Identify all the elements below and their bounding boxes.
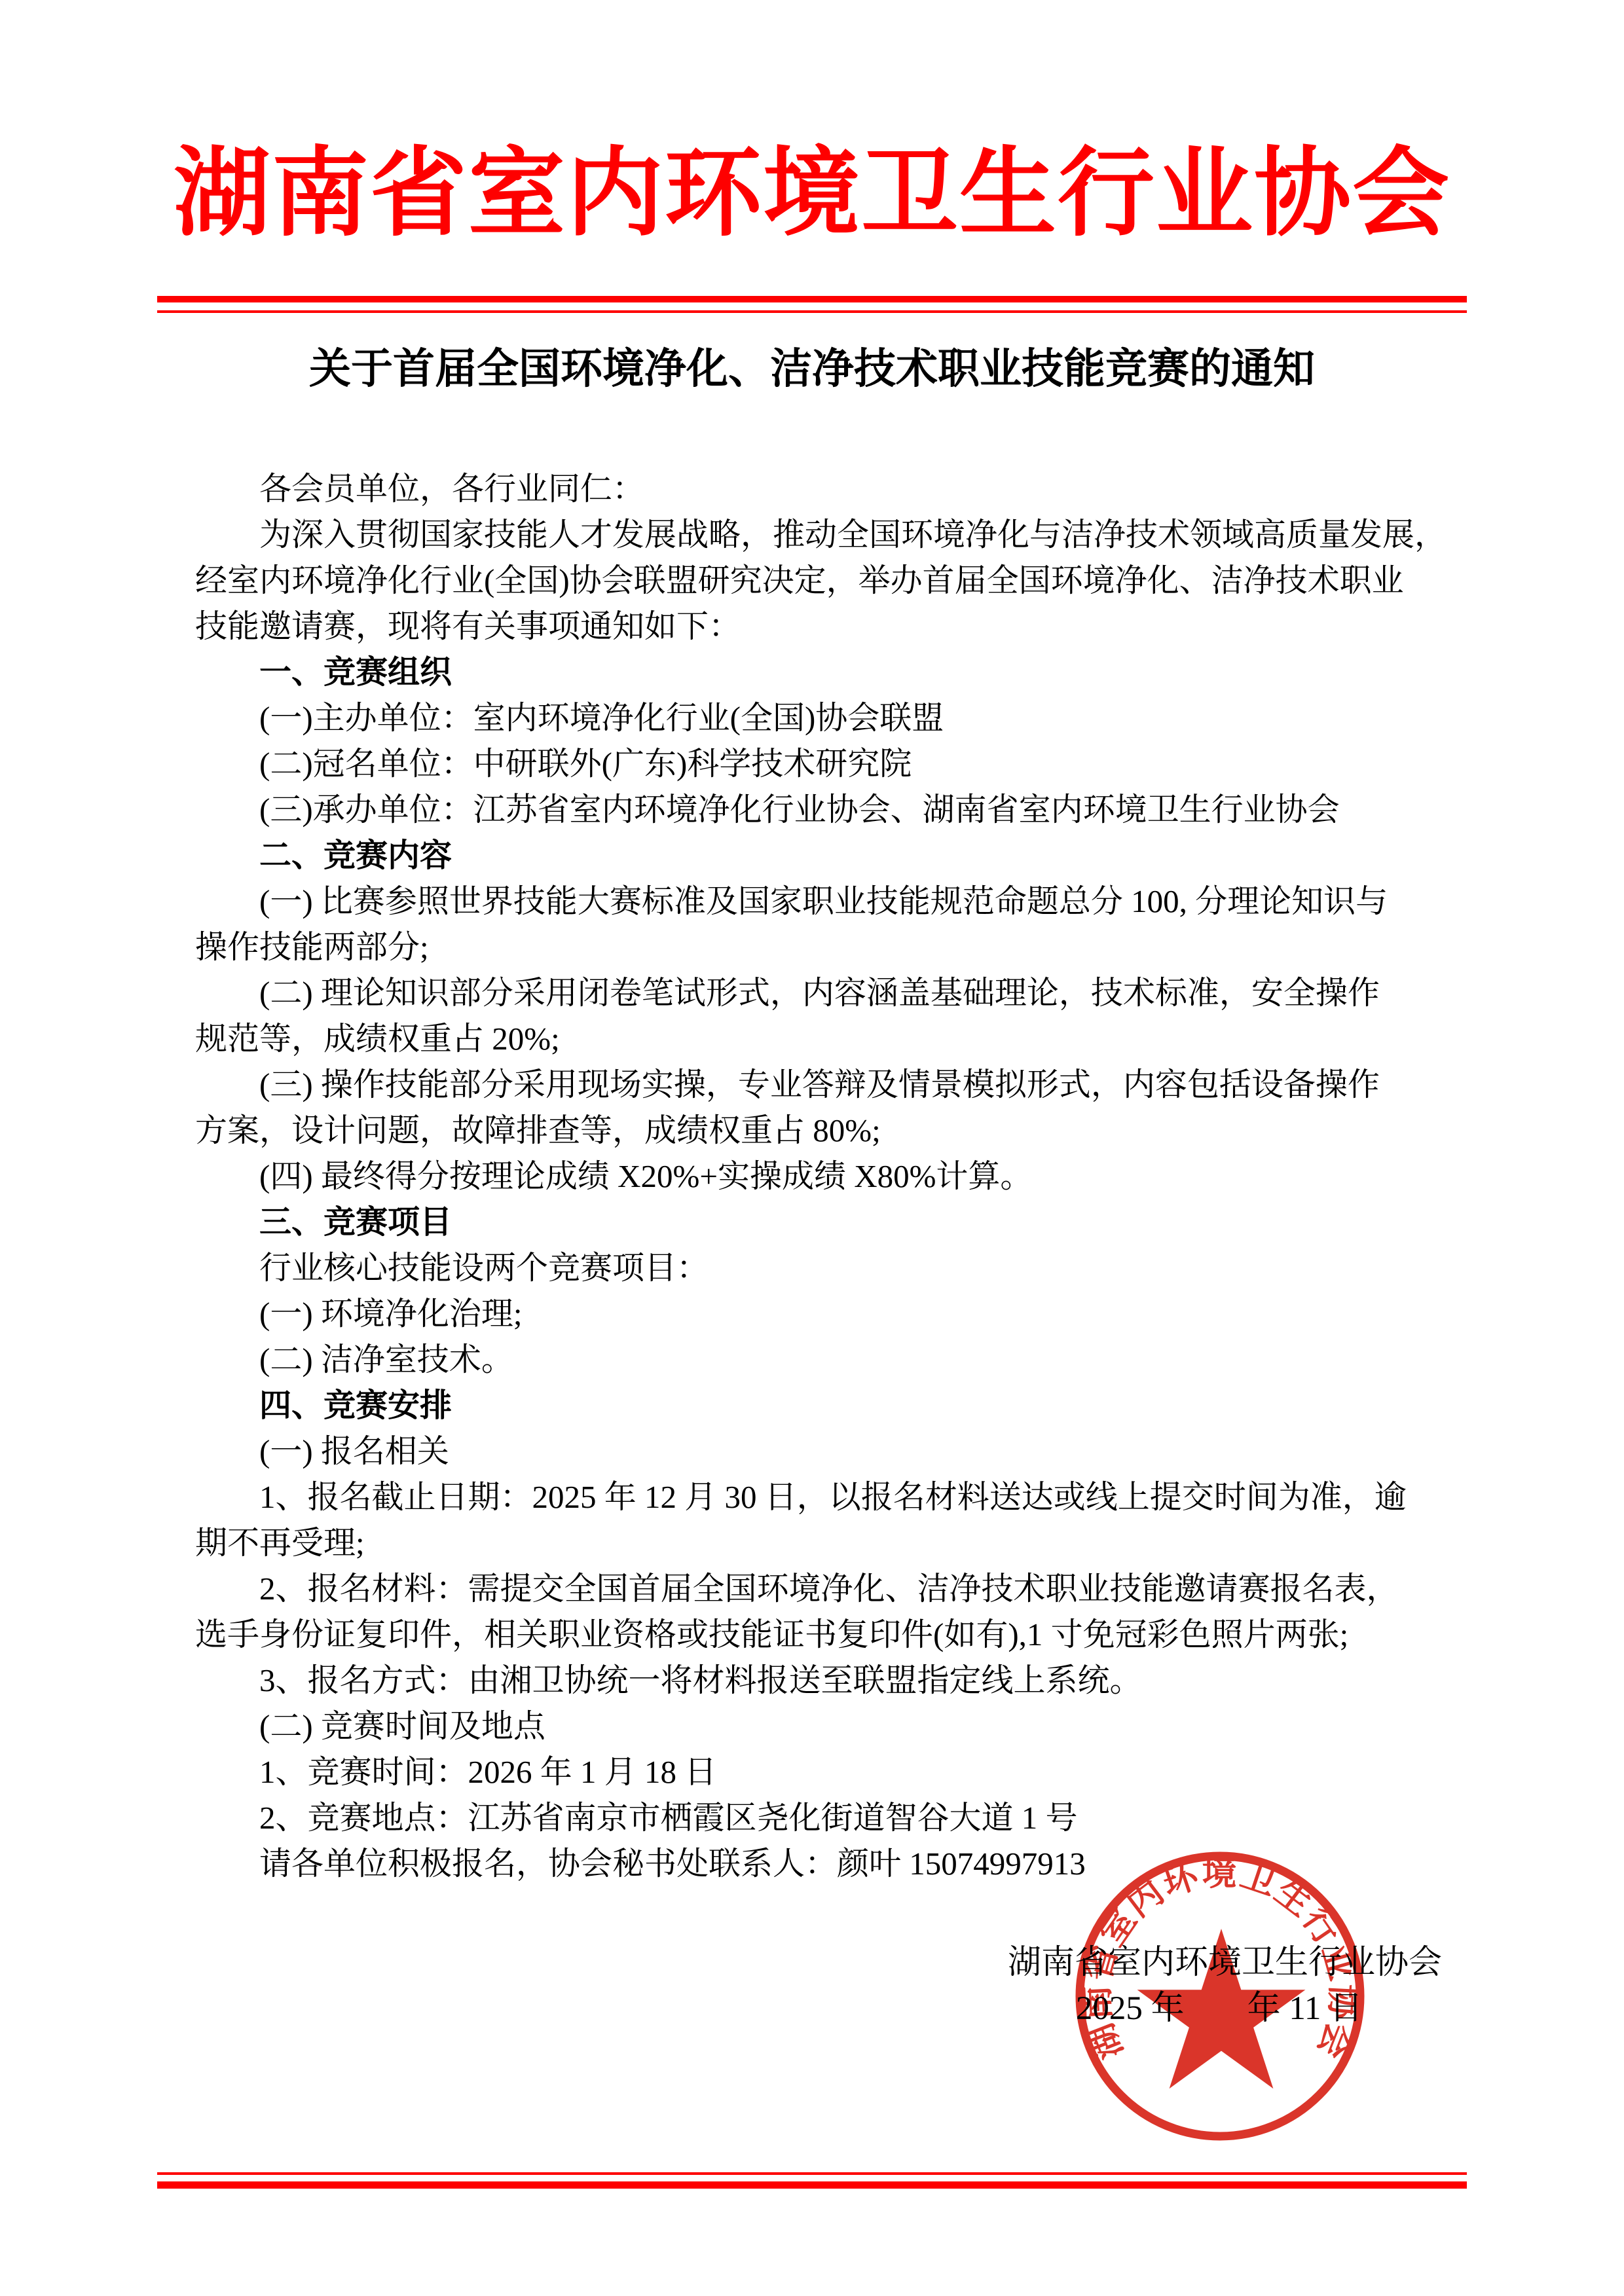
body-line: 操作技能两部分; xyxy=(195,924,1439,970)
body-line: (二)冠名单位：中研联外(广东)科学技术研究院 xyxy=(195,741,1439,787)
body-line: 规范等，成绩权重占 20%; xyxy=(195,1016,1439,1062)
body-line: (一) 环境净化治理; xyxy=(195,1291,1439,1337)
body-text: 各会员单位，各行业同仁：为深入贯彻国家技能人才发展战略，推动全国环境净化与洁净技… xyxy=(195,466,1439,1887)
header-rule-thin xyxy=(157,310,1467,313)
body-line: (二) 竞赛时间及地点 xyxy=(195,1704,1439,1749)
header-rule-thick xyxy=(157,296,1467,302)
body-line: (二) 理论知识部分采用闭卷笔试形式，内容涵盖基础理论，技术标准，安全操作 xyxy=(195,970,1439,1016)
body-line: 四、竞赛安排 xyxy=(195,1383,1439,1429)
body-line: 二、竞赛内容 xyxy=(195,833,1439,879)
body-line: (一)主办单位：室内环境净化行业(全国)协会联盟 xyxy=(195,695,1439,741)
body-line: 方案，设计问题，故障排查等，成绩权重占 80%; xyxy=(195,1108,1439,1154)
body-line: 3、报名方式：由湘卫协统一将材料报送至联盟指定线上系统。 xyxy=(195,1658,1439,1704)
body-line: 为深入贯彻国家技能人才发展战略，推动全国环境净化与洁净技术领域高质量发展， xyxy=(195,512,1439,558)
body-line: 2、报名材料：需提交全国首届全国环境净化、洁净技术职业技能邀请赛报名表， xyxy=(195,1566,1439,1612)
body-line: (三)承办单位：江苏省室内环境净化行业协会、湖南省室内环境卫生行业协会 xyxy=(195,787,1439,833)
footer-rule-thin xyxy=(157,2172,1467,2175)
body-line: 三、竞赛项目 xyxy=(195,1199,1439,1245)
body-line: 一、竞赛组织 xyxy=(195,649,1439,695)
body-line: 选手身份证复印件，相关职业资格或技能证书复印件(如有),1 寸免冠彩色照片两张; xyxy=(195,1612,1439,1658)
document-page: 湖南省室内环境卫生行业协会 关于首届全国环境净化、洁净技术职业技能竞赛的通知 各… xyxy=(0,0,1624,2296)
letterhead-org-name: 湖南省室内环境卫生行业协会 xyxy=(0,139,1624,250)
document-title: 关于首届全国环境净化、洁净技术职业技能竞赛的通知 xyxy=(0,346,1624,393)
body-line: 1、竞赛时间：2026 年 1 月 18 日 xyxy=(195,1749,1439,1795)
body-line: 各会员单位，各行业同仁： xyxy=(195,466,1439,512)
body-line: 期不再受理; xyxy=(195,1520,1439,1566)
seal-star-icon xyxy=(1137,1929,1306,2088)
body-line: (一) 报名相关 xyxy=(195,1429,1439,1474)
body-line: 行业核心技能设两个竞赛项目： xyxy=(195,1245,1439,1291)
official-seal-stamp: 湖南省室内环境卫生行业协会 xyxy=(1075,1851,1376,2152)
body-line: (三) 操作技能部分采用现场实操，专业答辩及情景模拟形式，内容包括设备操作 xyxy=(195,1062,1439,1108)
body-line: (一) 比赛参照世界技能大赛标准及国家职业技能规范命题总分 100, 分理论知识… xyxy=(195,879,1439,924)
footer-rule-thick xyxy=(157,2181,1467,2189)
body-line: 经室内环境净化行业(全国)协会联盟研究决定，举办首届全国环境净化、洁净技术职业 xyxy=(195,558,1439,604)
body-line: 1、报名截止日期：2025 年 12 月 30 日，以报名材料送达或线上提交时间… xyxy=(195,1474,1439,1520)
body-line: (二) 洁净室技术。 xyxy=(195,1337,1439,1383)
body-line: 技能邀请赛，现将有关事项通知如下： xyxy=(195,604,1439,649)
body-line: (四) 最终得分按理论成绩 X20%+实操成绩 X80%计算。 xyxy=(195,1154,1439,1199)
body-line: 2、竞赛地点：江苏省南京市栖霞区尧化街道智谷大道 1 号 xyxy=(195,1795,1439,1841)
